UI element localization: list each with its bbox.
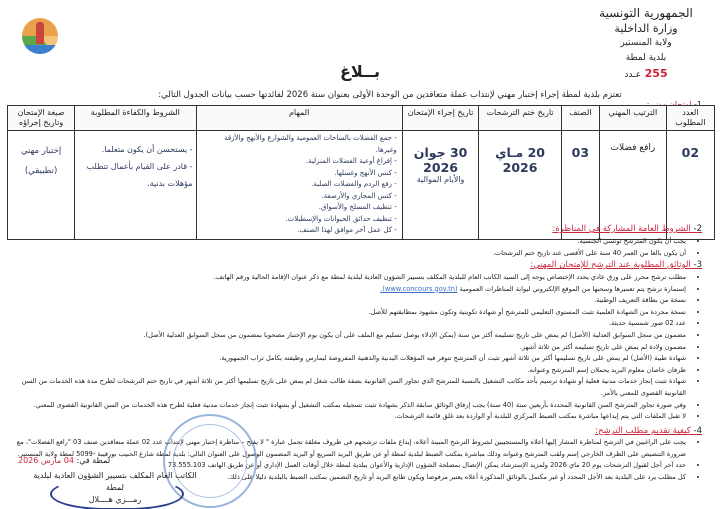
- cell-rank: رافع فضلات: [600, 131, 667, 240]
- task-item: كنس الأنهج وغسلها.: [202, 168, 397, 180]
- col-conditions: الشروط والكفاءة المطلوبة: [75, 106, 196, 131]
- col-exam-date: تاريخ إجراء الإمتحان: [402, 106, 479, 131]
- reference-number: 255 عـدد: [586, 66, 706, 83]
- cell-deadline: 20 مـاي 2026: [479, 131, 561, 240]
- positions-table: العدد المطلوب الترتيب المهني الصنف تاريخ…: [7, 105, 715, 240]
- handwritten-signature-icon: [50, 478, 184, 509]
- announcement-document: الجمهورية التونسية وزارة الداخلية ولاية …: [0, 0, 720, 509]
- task-item: رفع الردم والفضلات الصلبة.: [202, 179, 397, 191]
- section-3-heading: 3- الوثائق المطلوبة عند الترشح للإمتحان …: [530, 260, 702, 270]
- list-item: عدد 02 صور شمسية حديثة.: [8, 318, 688, 330]
- col-rank: الترتيب المهني: [600, 106, 667, 131]
- list-item: وفي صورة تجاوز المترشح السن القانونية ال…: [8, 400, 688, 412]
- governorate-name: ولاية المنستير: [586, 36, 706, 51]
- cell-count: 02: [666, 131, 714, 240]
- section-4-heading: 4- كيفية تقديم مطلب الترشح:: [595, 426, 702, 436]
- municipality-logo: [22, 18, 58, 54]
- list-item: شهادة طبية (الأصل) لم يمض على تاريخ تسلي…: [8, 353, 688, 365]
- general-conditions-list: يجب أن يكون المترشح تونسي الجنسية. أن يك…: [493, 236, 702, 259]
- municipality-name: بلدية لمطة: [586, 51, 706, 66]
- task-item: إفراغ أوعية الفضلات المنزلية.: [202, 156, 397, 168]
- list-item: أن يكون بالغا من العمر 40 سنة على الأقصى…: [493, 248, 688, 260]
- document-title: بــلاغ: [300, 62, 420, 81]
- table-header-row: العدد المطلوب الترتيب المهني الصنف تاريخ…: [8, 106, 715, 131]
- list-item: إستمارة ترشح يتم تعميرها وسحبها من الموق…: [8, 284, 688, 296]
- cell-conditions: - يستحسن أن يكون متعلما. - قادر على القي…: [75, 131, 196, 240]
- ministry-name: وزارة الداخلية: [586, 21, 706, 36]
- col-tasks: المهام: [196, 106, 402, 131]
- list-item: نسخة مجردة من الشهادة العلمية تثبت المست…: [8, 307, 688, 319]
- task-item: تنظيف حدائق الحيوانات والإسطبلات.: [202, 214, 397, 226]
- list-item: يجب أن يكون المترشح تونسي الجنسية.: [493, 236, 688, 248]
- intro-paragraph: تعتزم بلدية لمطة إجراء إختبار مهني لإنتد…: [150, 90, 630, 100]
- list-item: مطلب ترشح محرر على ورق عادي يحدد الإختصا…: [8, 272, 688, 284]
- list-item: مضمون ولادة لم يمض على تاريخ تسليمه أكثر…: [8, 342, 688, 354]
- logo-wave-icon: [22, 45, 58, 54]
- task-item: كل عمل آخر موافق لهذا الصنف.: [202, 225, 397, 237]
- documents-list: مطلب ترشح محرر على ورق عادي يحدد الإختصا…: [8, 272, 702, 423]
- place-date: لمطة في: 04 مارس 2026: [18, 456, 110, 465]
- task-item: تنظيف المسلخ والأسواق.: [202, 202, 397, 214]
- logo-bottle-icon: [36, 22, 44, 44]
- list-item: ظرفان خاصان معلوم البريد يحملان إسم المت…: [8, 365, 688, 377]
- website-link[interactable]: (www.concours.gov.tn).: [380, 285, 457, 293]
- col-deadline: تاريخ ختم الترشحات: [479, 106, 561, 131]
- list-item: نسخة من بطاقة التعريف الوطنية.: [8, 295, 688, 307]
- cell-exam-date: 30 جوان 2026 والأيام الموالية: [402, 131, 479, 240]
- col-category: الصنف: [561, 106, 599, 131]
- col-exam-type: صيغة الإمتحان وتاريخ إجراؤه: [8, 106, 75, 131]
- cell-tasks: جمع الفضلات بالساحات العمومية والشوارع و…: [196, 131, 402, 240]
- cell-exam-type: إختبار مهني (تطبيقي): [8, 131, 75, 240]
- list-item: لا تقبل الملفات التي يتم إيداعها مباشرة …: [8, 411, 688, 423]
- country-name: الجمهورية التونسية: [586, 6, 706, 21]
- list-item: شهادة تثبت إنجاز خدمات مدنية فعلية أو شه…: [8, 376, 688, 399]
- list-item: مضمون من سجل السوابق العدلية (الأصل) لم …: [8, 330, 688, 342]
- letterhead: الجمهورية التونسية وزارة الداخلية ولاية …: [586, 6, 706, 83]
- table-row: 02 رافع فضلات 03 20 مـاي 2026 30 جوان 20…: [8, 131, 715, 240]
- cell-category: 03: [561, 131, 599, 240]
- task-item: جمع الفضلات بالساحات العمومية والشوارع و…: [202, 133, 397, 156]
- col-count: العدد المطلوب: [666, 106, 714, 131]
- task-item: كنس المجاري والأرصفة.: [202, 191, 397, 203]
- section-2-heading: 2- الشروط العامة المشاركة في المناظرة:: [552, 224, 702, 234]
